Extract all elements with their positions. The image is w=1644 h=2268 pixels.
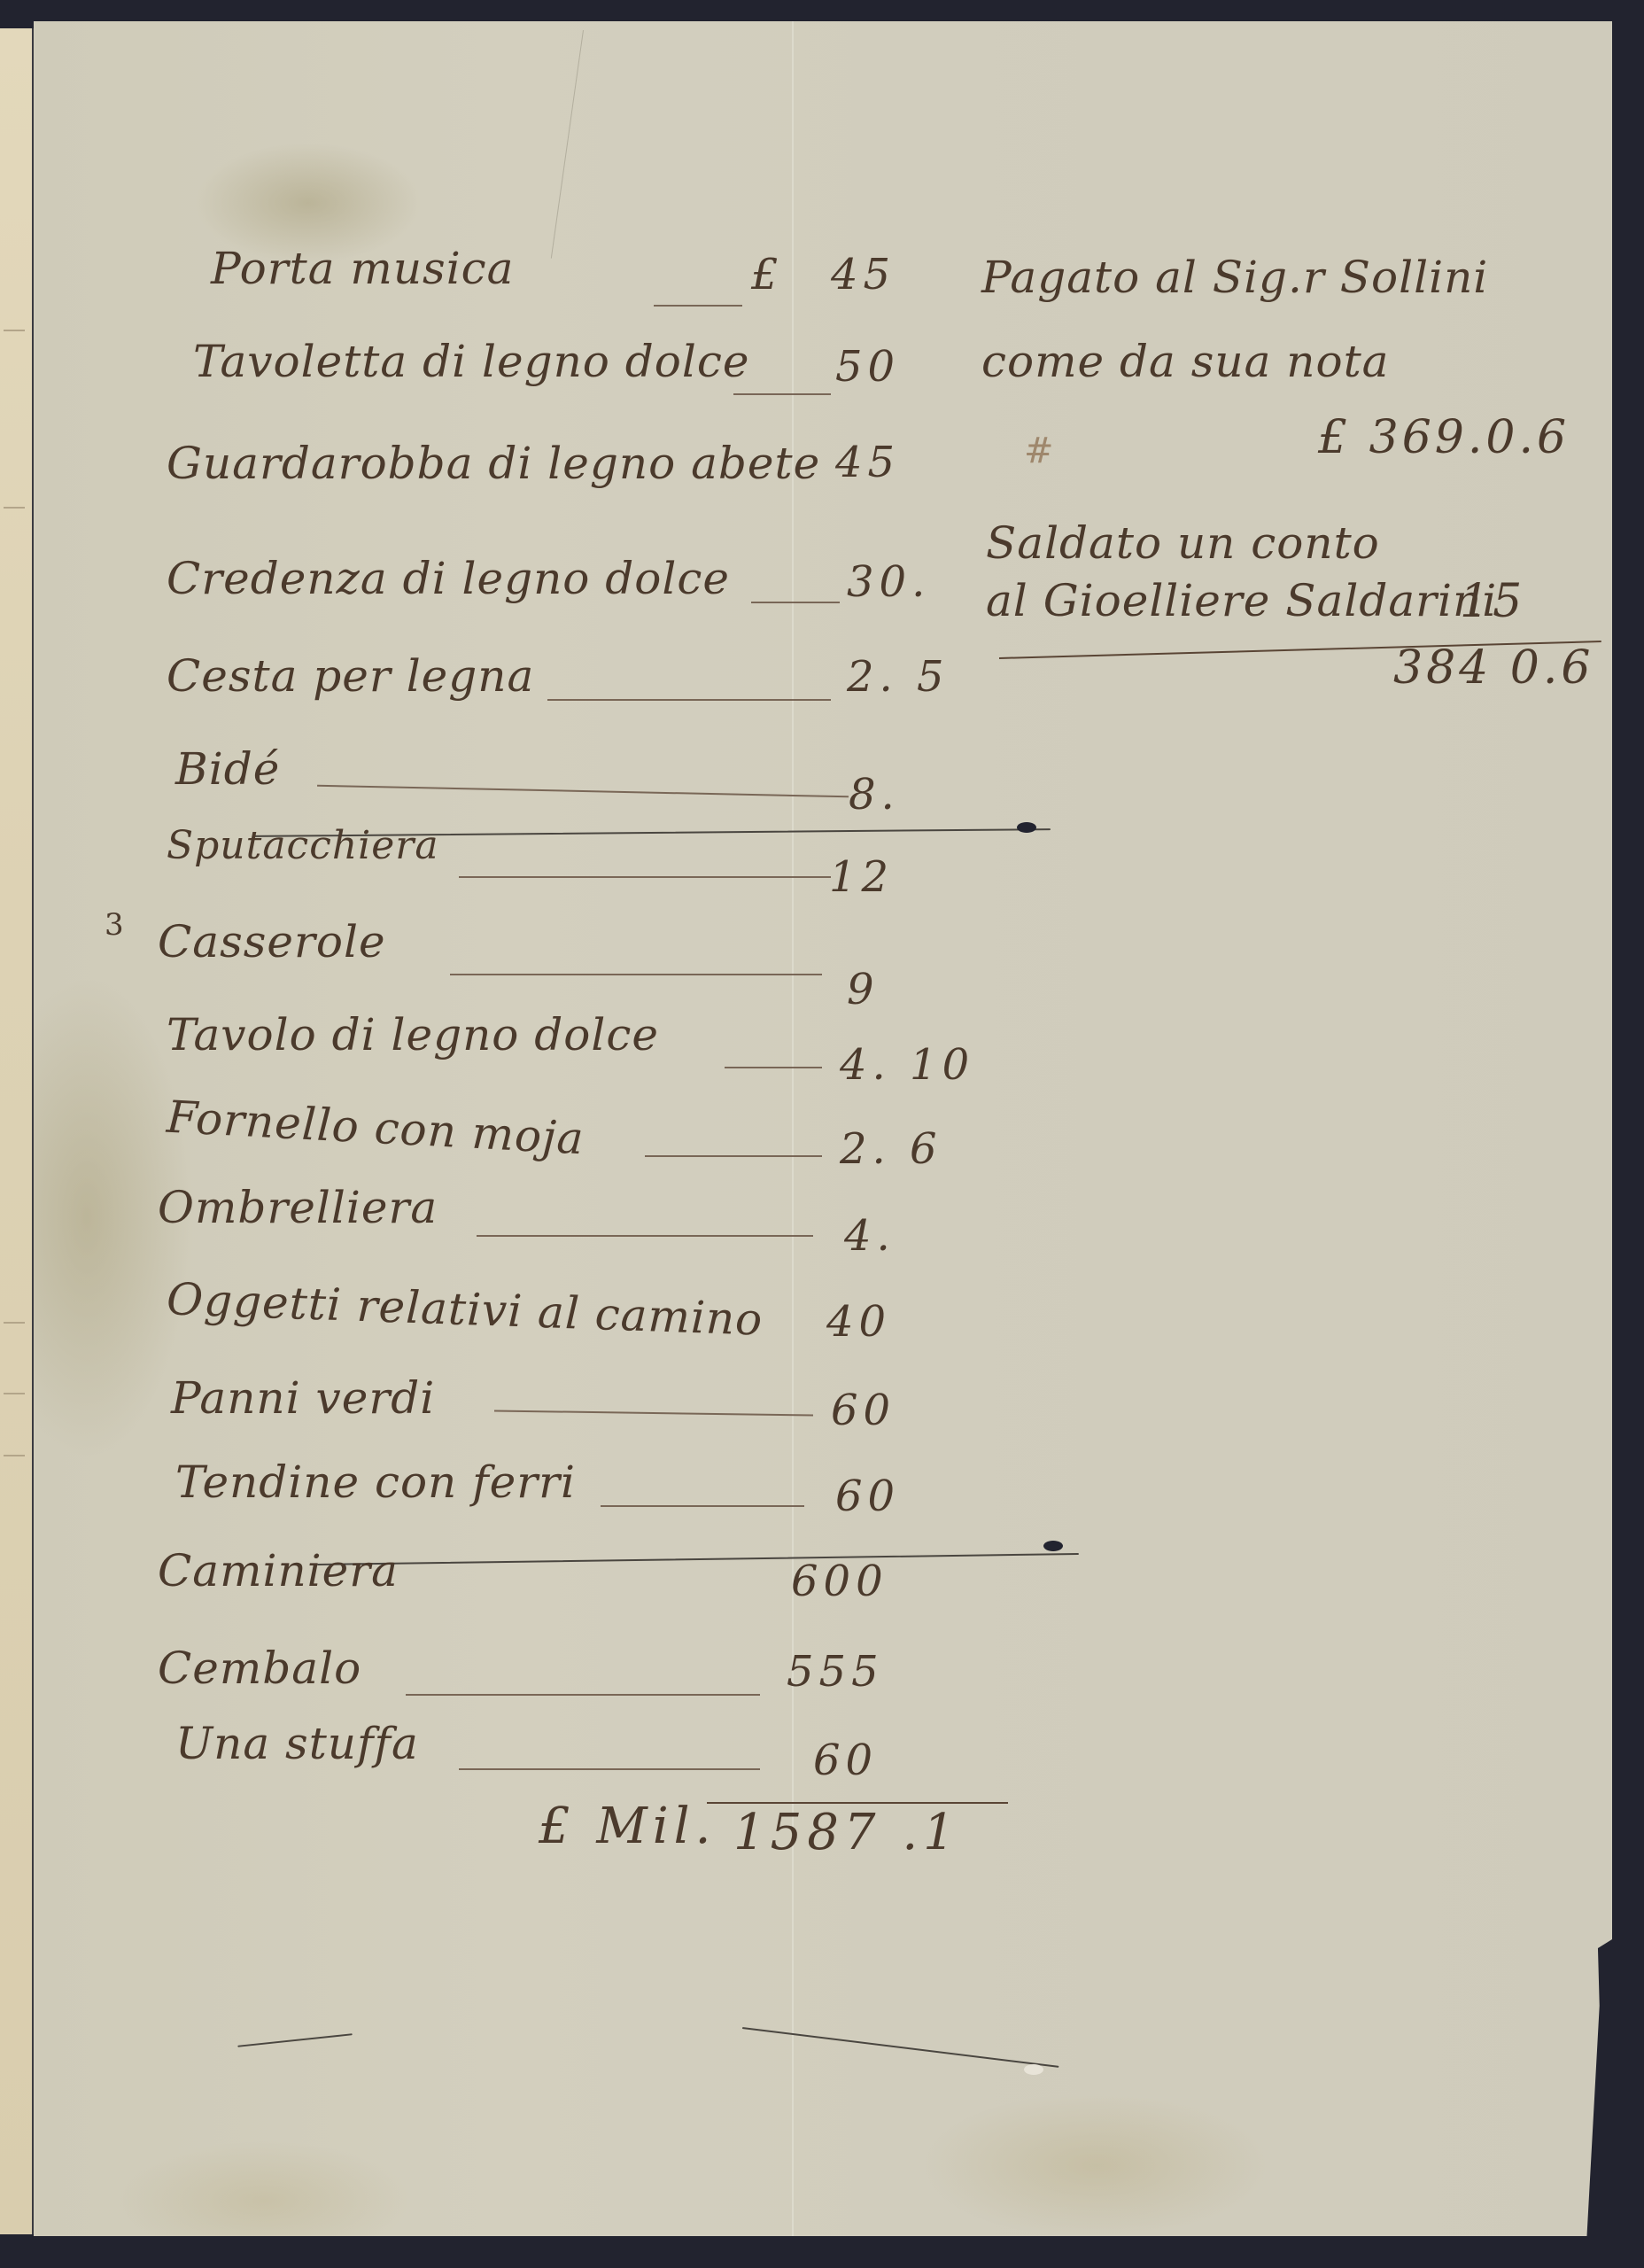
item-amount: 60	[813, 1736, 878, 1785]
paper-tear	[317, 1553, 1079, 1565]
settled-note-line2: al Gioelliere Saldarini	[986, 575, 1497, 626]
paper-tear	[237, 2033, 352, 2047]
payment-note-line2: come da sua nota	[981, 336, 1389, 387]
total-label: £ Mil.	[539, 1798, 716, 1855]
adjacent-page-mark	[4, 507, 25, 509]
item-amount: 555	[787, 1647, 884, 1697]
item-amount: 45	[831, 250, 896, 299]
item-leader-line	[494, 1410, 813, 1416]
document-sheet: Porta musica £ 45 Tavoletta di legno dol…	[34, 21, 1612, 2236]
item-amount: 40	[826, 1297, 891, 1347]
item-amount: 45	[835, 438, 900, 487]
item-leader-line	[450, 974, 822, 975]
item-amount: 4.	[844, 1211, 896, 1261]
item-leader-line	[547, 699, 831, 701]
item-amount: 9	[847, 965, 880, 1014]
crossed-out-mark-icon: #	[1024, 431, 1077, 466]
item-label: Porta musica	[211, 243, 515, 294]
quantity-margin-note: 3	[105, 907, 125, 943]
item-label: Guardarobba di legno abete	[167, 438, 820, 489]
item-leader-line	[406, 1694, 760, 1696]
paper-hole	[1043, 1541, 1063, 1551]
item-label: Una stuffa	[175, 1718, 419, 1769]
item-amount: 8.	[849, 770, 900, 819]
adjacent-page-mark	[4, 1322, 25, 1324]
item-label: Ombrelliera	[158, 1182, 438, 1233]
item-leader-line	[751, 602, 840, 603]
item-label: Cembalo	[158, 1643, 361, 1694]
item-label: Credenza di legno dolce	[167, 553, 730, 604]
adjacent-page-mark	[4, 330, 25, 331]
item-label: Tendine con ferri	[175, 1456, 576, 1508]
item-leader-line	[459, 1768, 760, 1770]
item-label: Panni verdi	[171, 1372, 435, 1424]
item-leader-line	[459, 876, 831, 878]
adjacent-page-edge	[0, 28, 34, 2234]
item-label: Sputacchiera	[167, 823, 439, 868]
paper-hole	[1024, 2064, 1043, 2075]
item-label: Fornello con moja	[166, 1091, 585, 1165]
subtotal-amount: 384 0.6	[1393, 641, 1594, 695]
adjacent-page-mark	[4, 1455, 25, 1456]
item-label: Tavolo di legno dolce	[167, 1009, 659, 1060]
item-amount: 2. 6	[840, 1124, 942, 1174]
settled-note-line1: Saldato un conto	[986, 517, 1380, 569]
paper-crease	[551, 30, 584, 259]
item-amount: 600	[791, 1557, 888, 1606]
paper-tear	[742, 2027, 1059, 2068]
item-leader-line	[654, 305, 742, 307]
adjacent-page-mark	[4, 1393, 25, 1394]
item-amount: 60	[831, 1386, 896, 1435]
item-label: Bidé	[175, 743, 280, 795]
item-amount: 50	[835, 342, 900, 392]
item-amount: 2. 5	[847, 652, 950, 702]
payment-amount: £ 369.0.6	[1318, 411, 1570, 464]
item-label: Tavoletta di legno dolce	[193, 336, 749, 387]
item-label: Cesta per legna	[167, 650, 534, 702]
item-leader-line	[477, 1235, 813, 1237]
item-leader-line	[601, 1505, 804, 1507]
item-amount: 12	[829, 852, 894, 902]
item-leader-line	[317, 785, 849, 798]
item-amount: 60	[835, 1472, 900, 1521]
settled-amount: 15	[1460, 575, 1525, 628]
item-leader-line	[725, 1067, 822, 1068]
total-amount: 1587 .1	[733, 1804, 960, 1861]
item-leader-line	[733, 393, 831, 395]
item-label: Caminiera	[158, 1545, 399, 1596]
item-amount: 30.	[847, 557, 930, 607]
item-leader-line	[645, 1155, 822, 1157]
payment-note-line1: Pagato al Sig.r Sollini	[981, 252, 1488, 303]
item-amount: 4. 10	[840, 1040, 974, 1090]
paper-hole	[1017, 822, 1036, 833]
currency-symbol: £	[751, 250, 784, 299]
paper-fold-line	[792, 21, 794, 2236]
item-label: Oggetti relativi al camino	[166, 1273, 764, 1345]
item-label: Casserole	[158, 916, 386, 967]
